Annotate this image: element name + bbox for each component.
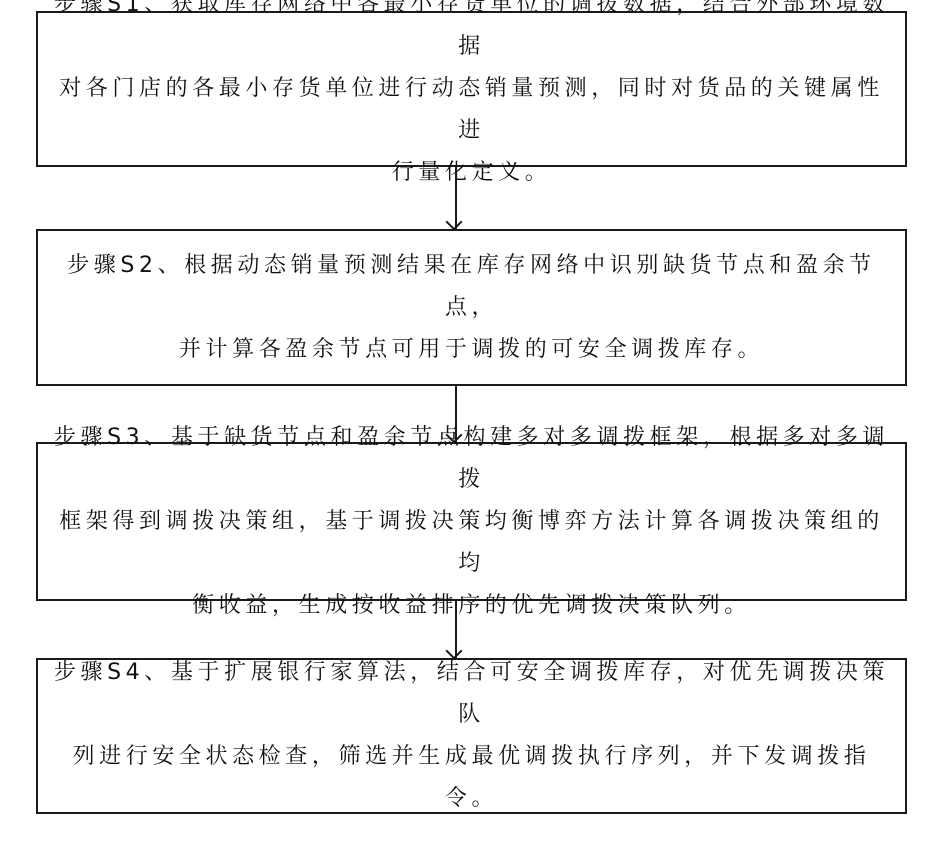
step-s3-line-2: 框架得到调拨决策组，基于调拨决策均衡博弈方法计算各调拨决策组的均 <box>59 509 884 576</box>
step-box-s3: 步骤S3、基于缺货节点和盈余节点构建多对多调拨框架，根据多对多调拨 框架得到调拨… <box>36 442 907 601</box>
step-s2-line-1: 步骤S2、根据动态销量预测结果在库存网络中识别缺货节点和盈余节点， <box>67 253 876 320</box>
arrow-down-icon <box>455 167 457 229</box>
step-s3-line-1: 步骤S3、基于缺货节点和盈余节点构建多对多调拨框架，根据多对多调拨 <box>54 425 889 492</box>
step-s4-line-1: 步骤S4、基于扩展银行家算法，结合可安全调拨库存，对优先调拨决策队 <box>54 660 889 727</box>
step-s2-line-2: 并计算各盈余节点可用于调拨的可安全调拨库存。 <box>179 337 764 362</box>
step-box-s1: 步骤S1、获取库存网络中各最小存货单位的调拨数据，结合外部环境数据 对各门店的各… <box>36 11 907 167</box>
arrow-down-icon <box>455 601 457 658</box>
step-s1-line-2: 对各门店的各最小存货单位进行动态销量预测，同时对货品的关键属性进 <box>59 76 884 143</box>
step-s3-line-3: 衡收益，生成按收益排序的优先调拨决策队列。 <box>192 593 751 618</box>
step-text-s2: 步骤S2、根据动态销量预测结果在库存网络中识别缺货节点和盈余节点， 并计算各盈余… <box>38 245 905 371</box>
step-text-s3: 步骤S3、基于缺货节点和盈余节点构建多对多调拨框架，根据多对多调拨 框架得到调拨… <box>38 417 905 627</box>
step-box-s2: 步骤S2、根据动态销量预测结果在库存网络中识别缺货节点和盈余节点， 并计算各盈余… <box>36 229 907 386</box>
step-text-s1: 步骤S1、获取库存网络中各最小存货单位的调拨数据，结合外部环境数据 对各门店的各… <box>38 0 905 194</box>
step-box-s4: 步骤S4、基于扩展银行家算法，结合可安全调拨库存，对优先调拨决策队 列进行安全状… <box>36 658 907 814</box>
step-s4-line-2: 列进行安全状态检查，筛选并生成最优调拨执行序列，并下发调拨指令。 <box>72 744 870 811</box>
step-s1-line-3: 行量化定义。 <box>392 160 552 185</box>
step-s1-line-1: 步骤S1、获取库存网络中各最小存货单位的调拨数据，结合外部环境数据 <box>54 0 889 59</box>
step-text-s4: 步骤S4、基于扩展银行家算法，结合可安全调拨库存，对优先调拨决策队 列进行安全状… <box>38 652 905 820</box>
